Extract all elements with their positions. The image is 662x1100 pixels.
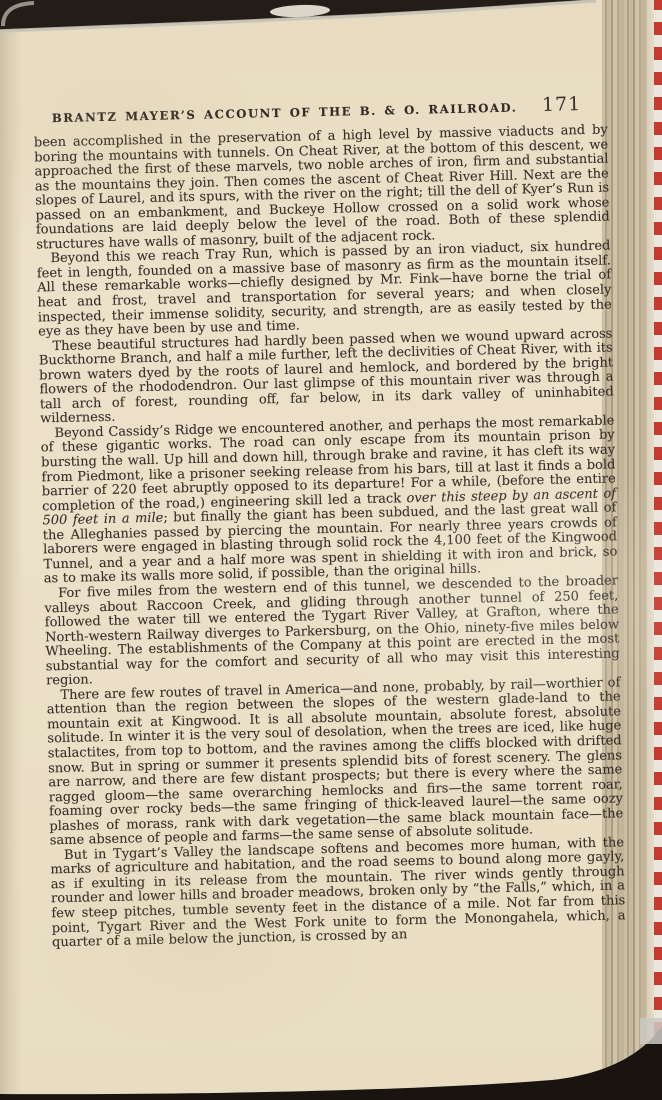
binding-ribbon-edge	[654, 0, 662, 1100]
paragraph-7: But in Tygart’s Valley the landscape sof…	[50, 836, 626, 951]
page-header-row: BRANTZ MAYER’S ACCOUNT OF THE B. & O. RA…	[33, 92, 607, 127]
running-header: BRANTZ MAYER’S ACCOUNT OF THE B. & O. RA…	[33, 100, 536, 125]
page-number: 171	[536, 92, 608, 116]
book-cover-top-edge	[0, 0, 662, 42]
page-stack-highlight	[647, 0, 654, 1100]
paragraph-2: Beyond this we reach Tray Run, which is …	[36, 240, 612, 340]
scanned-book-page: BRANTZ MAYER’S ACCOUNT OF THE B. & O. RA…	[0, 0, 662, 1100]
page-content: BRANTZ MAYER’S ACCOUNT OF THE B. & O. RA…	[33, 92, 626, 950]
paragraph-5-text: For five miles from the western end of t…	[44, 573, 620, 688]
paragraph-3: These beautiful structures had hardly be…	[38, 327, 614, 427]
paragraph-1-text: been accomplished in the preservation of…	[34, 122, 610, 252]
book-cover-bottom-edge	[0, 1008, 662, 1100]
page-gutter-edge	[0, 0, 22, 1100]
paragraph-1: been accomplished in the preservation of…	[34, 123, 610, 252]
body-text: been accomplished in the preservation of…	[34, 123, 626, 950]
paragraph-6-text: There are few routes of travel in Americ…	[47, 675, 624, 848]
paragraph-2-text: Beyond this we reach Tray Run, which is …	[37, 239, 612, 340]
paragraph-6: There are few routes of travel in Americ…	[46, 676, 623, 849]
paragraph-4: Beyond Cassidy’s Ridge we encountered an…	[40, 414, 617, 587]
paragraph-3-text: These beautiful structures had hardly be…	[39, 326, 614, 427]
paragraph-5: For five miles from the western end of t…	[44, 574, 620, 689]
paragraph-7-text: But in Tygart’s Valley the landscape sof…	[50, 835, 626, 950]
